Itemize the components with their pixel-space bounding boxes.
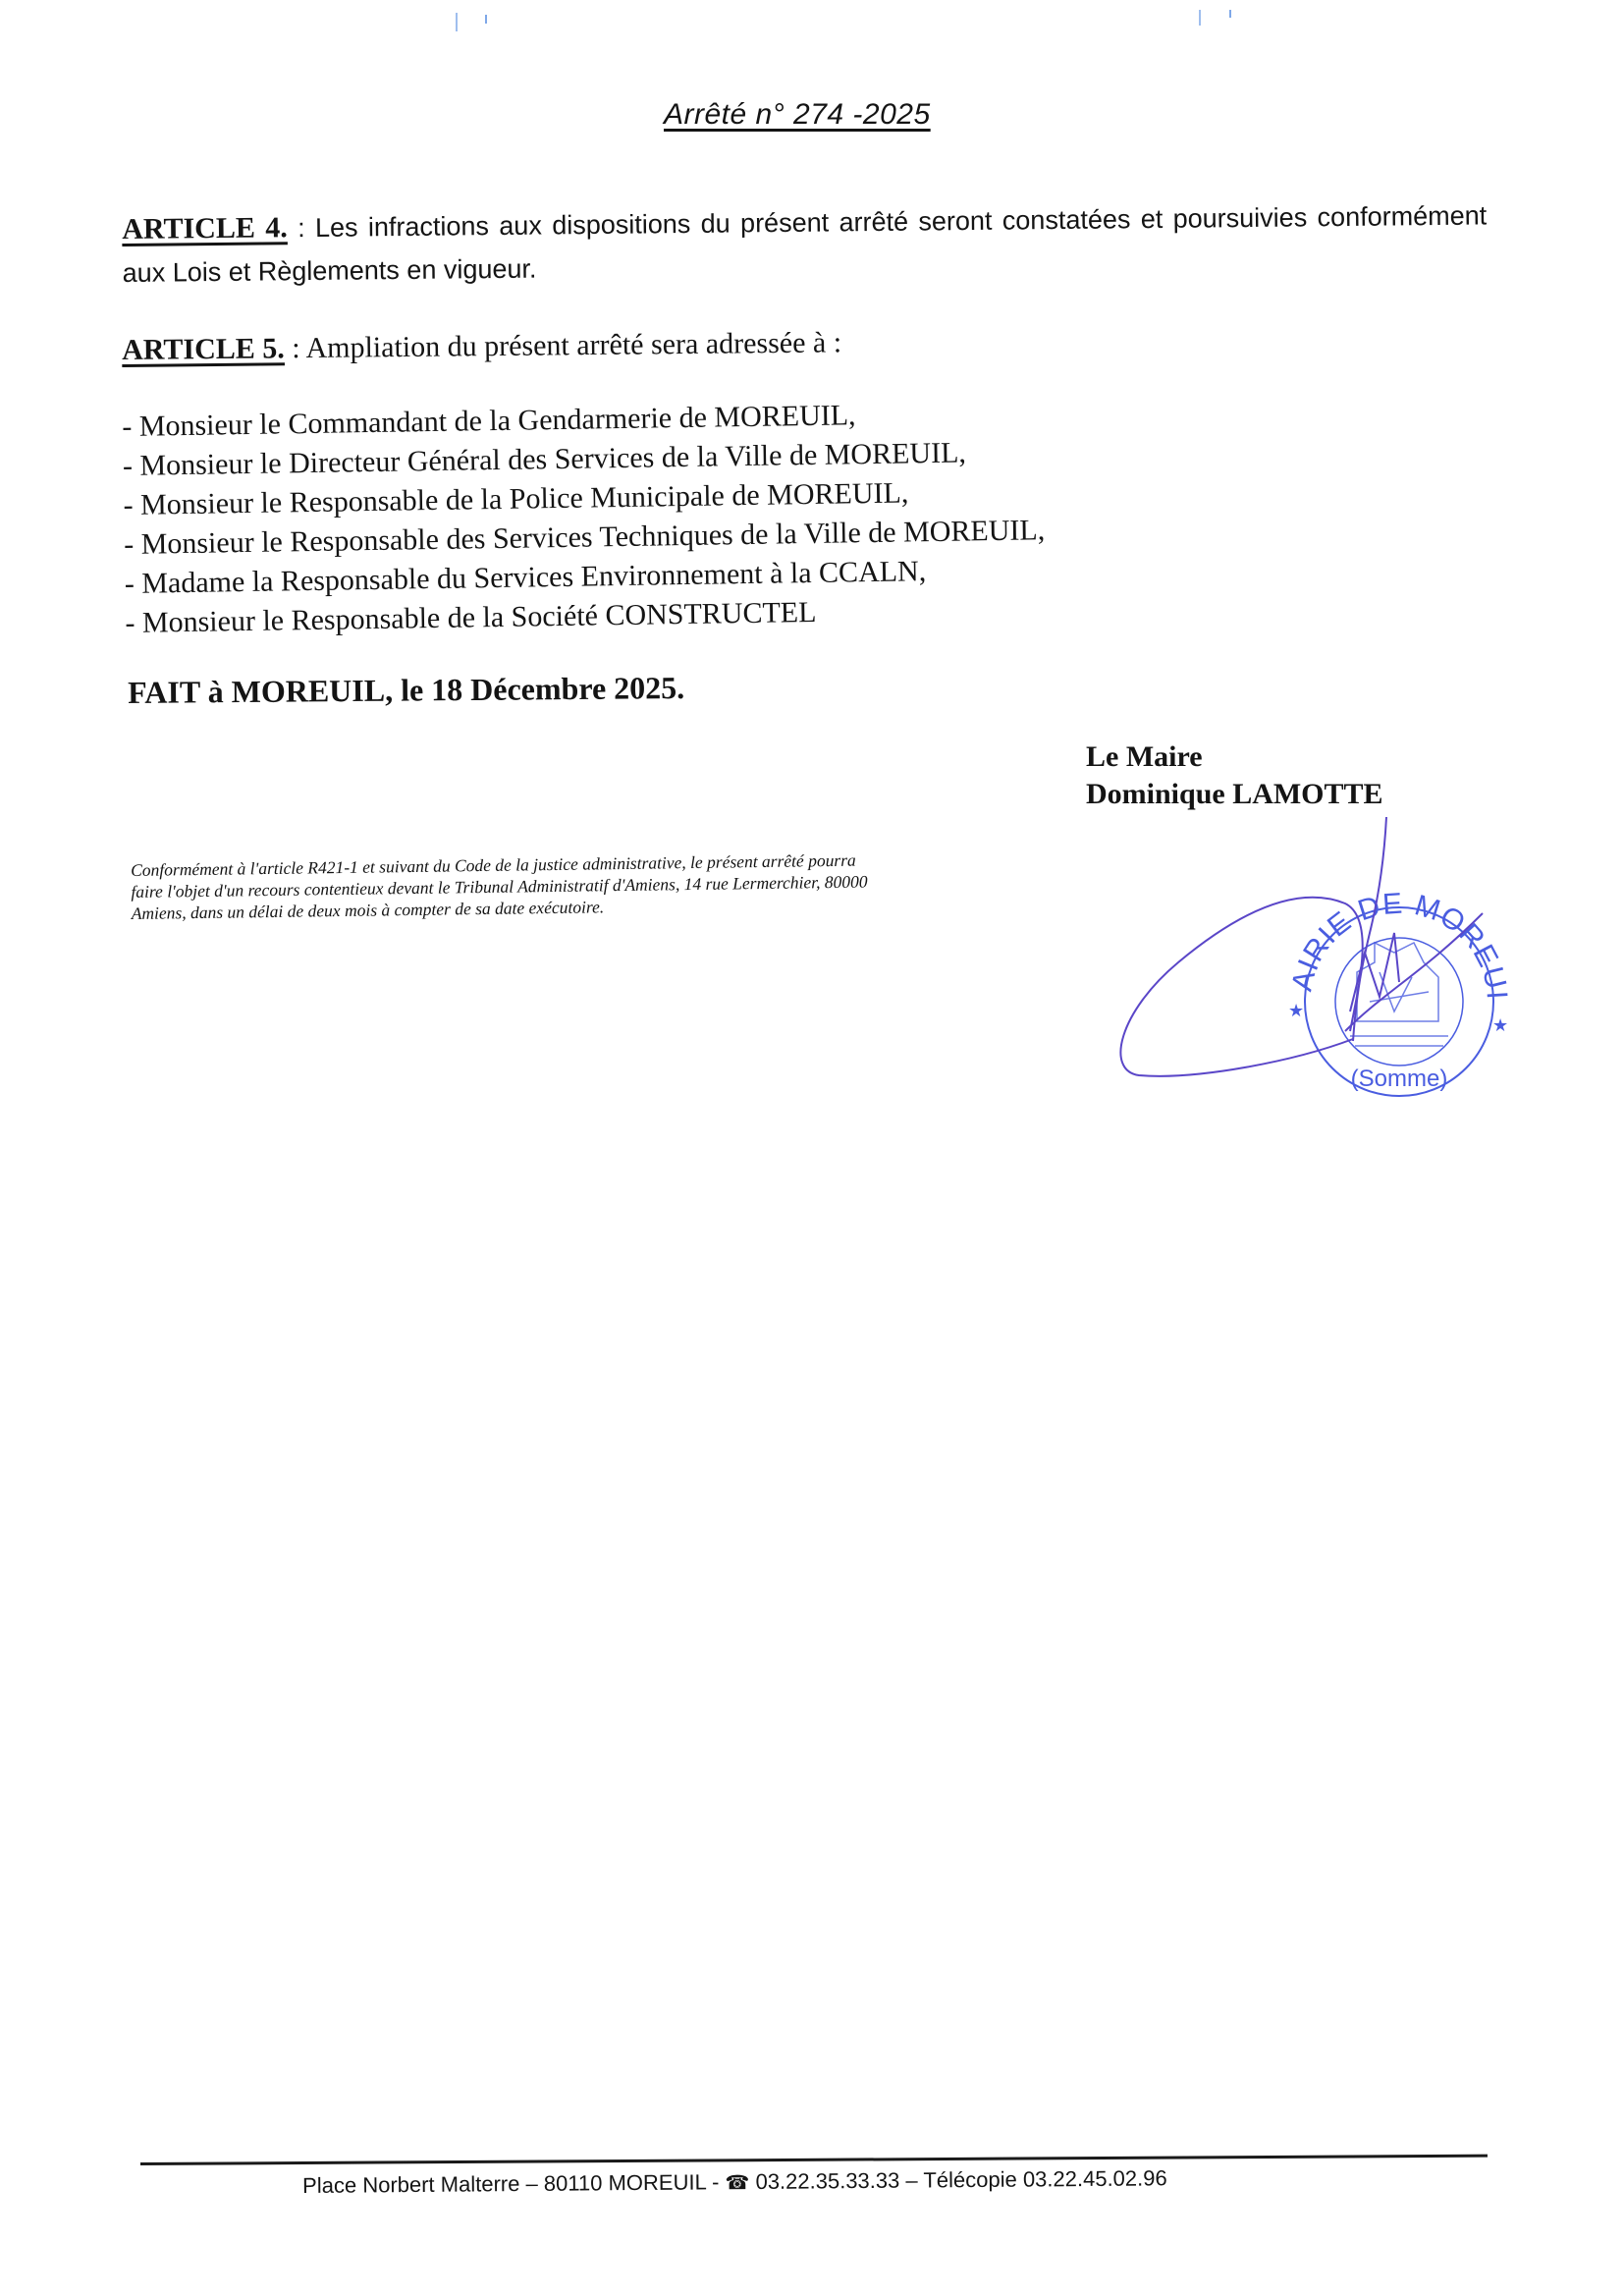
footer-divider	[140, 2155, 1488, 2165]
article-4: ARTICLE 4. : Les infractions aux disposi…	[122, 193, 1488, 295]
signatory-role: Le Maire	[1086, 738, 1383, 776]
signatory-name: Dominique LAMOTTE	[1086, 776, 1383, 813]
svg-text:(Somme): (Somme)	[1351, 1066, 1448, 1092]
article-4-label: ARTICLE 4.	[122, 211, 288, 246]
official-stamp-and-signature: MAIRIE DE MOREUIL (Somme) ★ ★	[1100, 815, 1512, 1100]
scan-artifacts	[452, 10, 1257, 34]
svg-text:★: ★	[1492, 1015, 1508, 1035]
footer-contact: Place Norbert Malterre – 80110 MOREUIL -…	[302, 2165, 1167, 2199]
article-5-label: ARTICLE 5.	[122, 332, 285, 366]
svg-text:MAIRIE DE MOREUIL: MAIRIE DE MOREUIL	[1100, 815, 1512, 1001]
footer-phone-fax: 03.22.35.33.33 – Télécopie 03.22.45.02.9…	[749, 2165, 1166, 2194]
footer-address: Place Norbert Malterre – 80110 MOREUIL -	[302, 2169, 726, 2198]
recipient-list: Monsieur le Commandant de la Gendarmerie…	[122, 393, 1047, 643]
article-4-text: : Les infractions aux dispositions du pr…	[123, 200, 1488, 288]
place-and-date: FAIT à MOREUIL, le 18 Décembre 2025.	[128, 670, 684, 711]
svg-text:★: ★	[1288, 1001, 1304, 1020]
signatory-block: Le Maire Dominique LAMOTTE	[1086, 738, 1383, 813]
legal-recourse-notice: Conformément à l'article R421-1 et suiva…	[131, 848, 878, 924]
article-5-text: : Ampliation du présent arrêté sera adre…	[285, 326, 842, 364]
document-title: Arrêté n° 274 -2025	[664, 98, 931, 132]
article-5: ARTICLE 5. : Ampliation du présent arrêt…	[122, 326, 841, 367]
telephone-icon: ☎	[725, 2172, 749, 2194]
